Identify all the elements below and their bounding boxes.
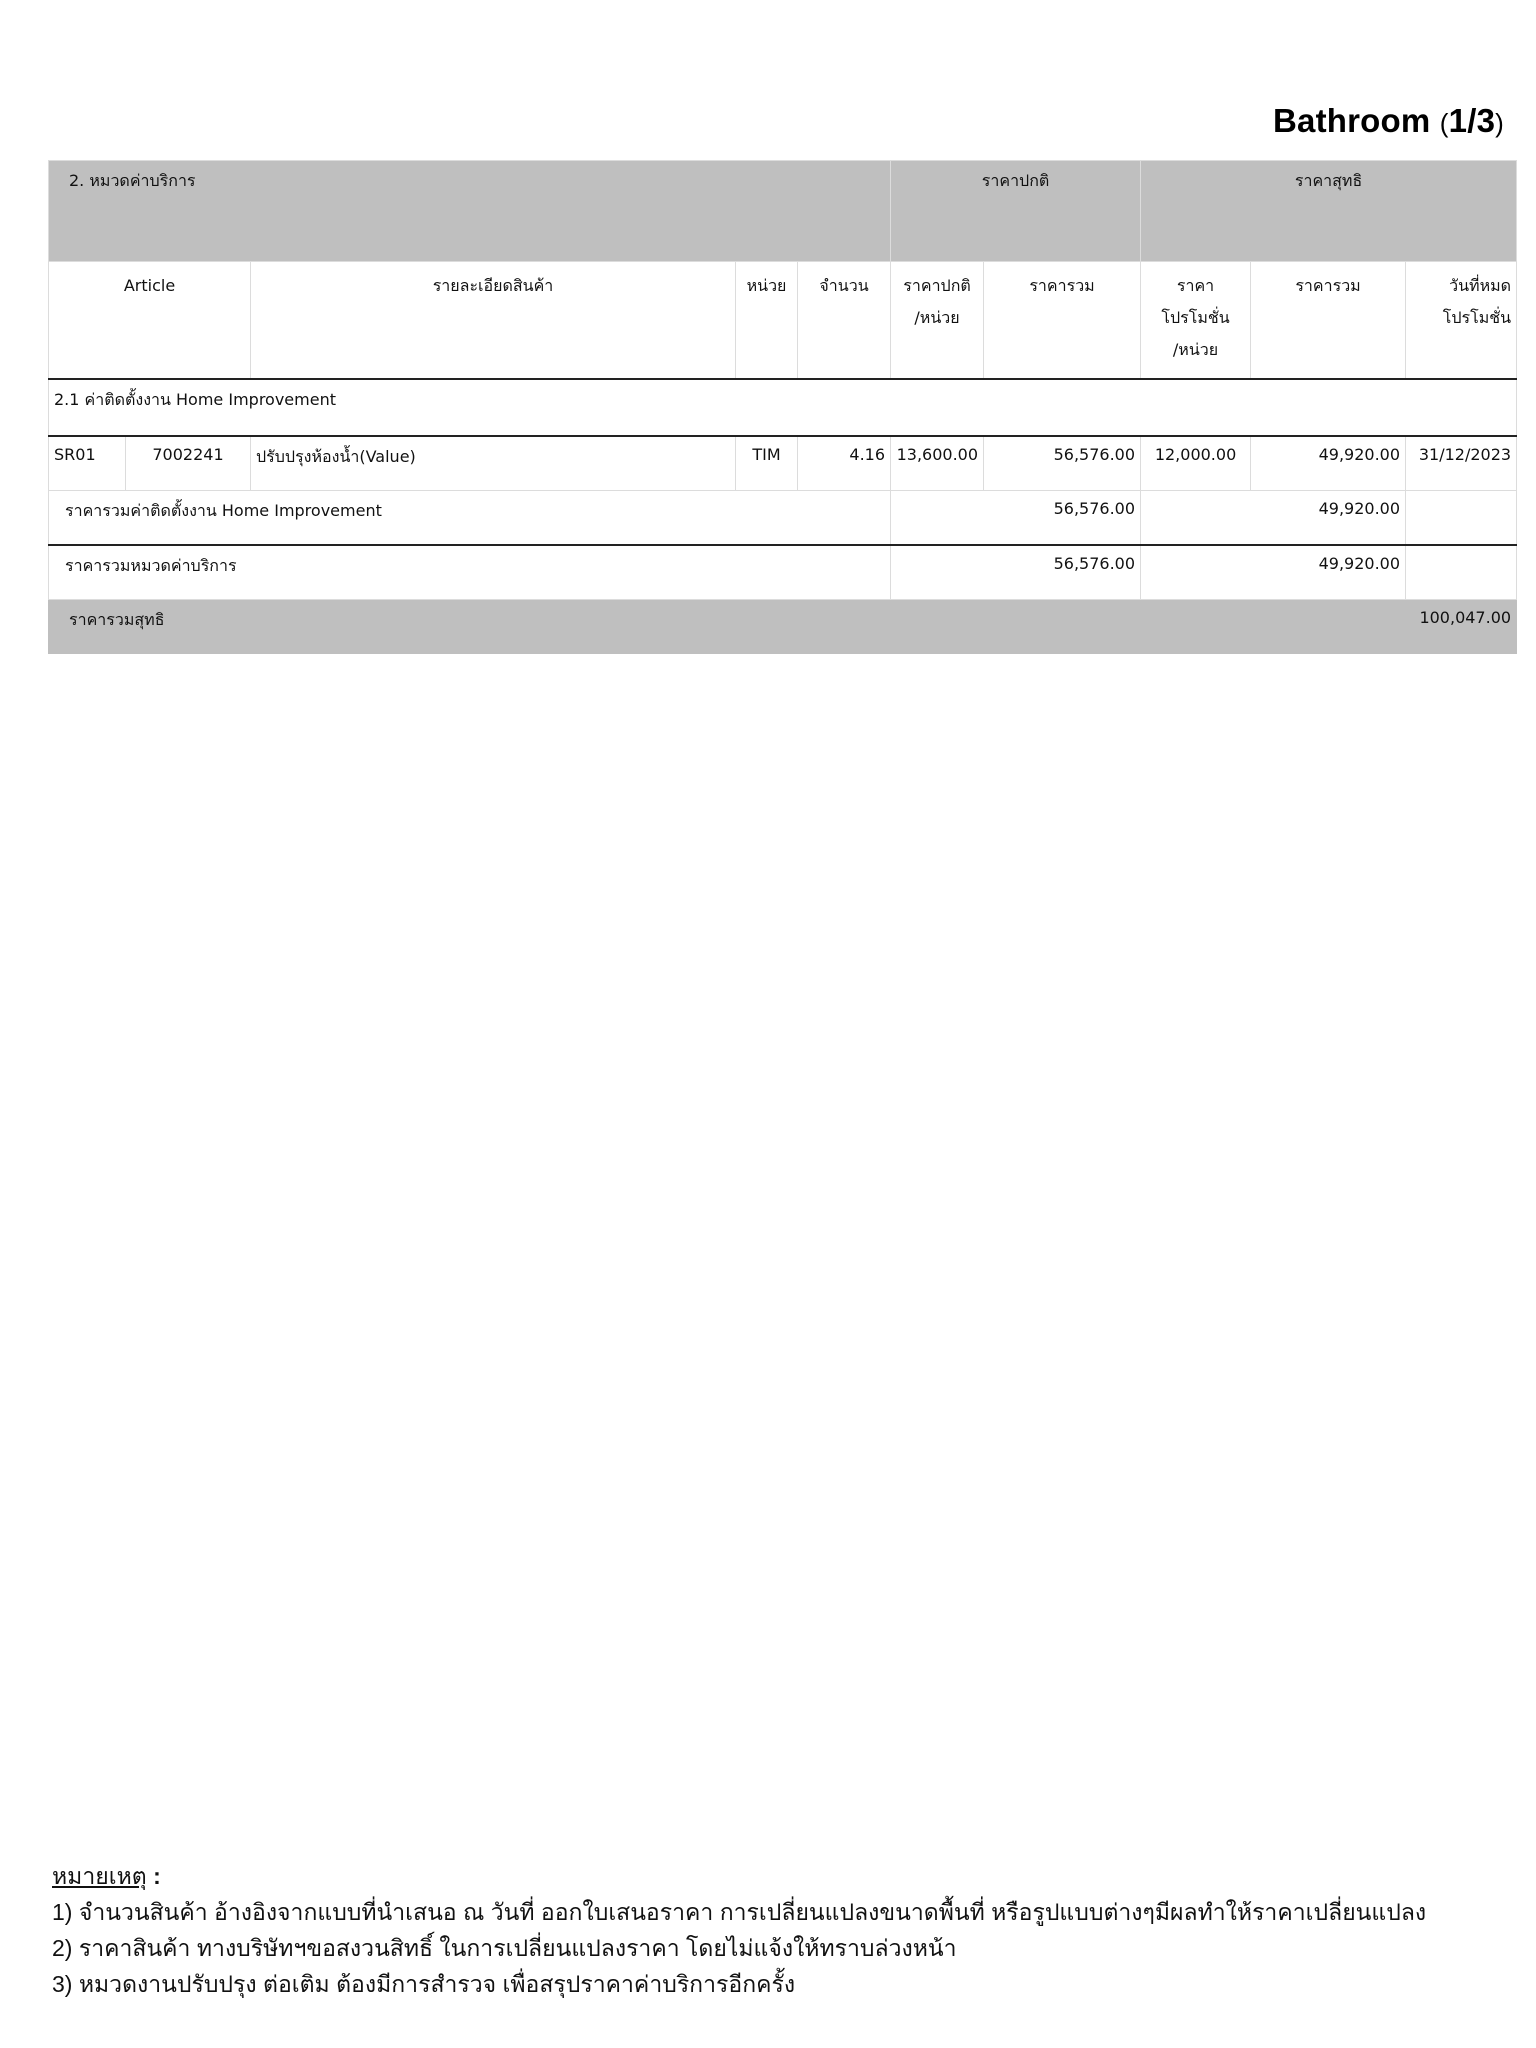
col-header-promo-unit-price: ราคา โปรโมชั่น /หน่วย (1141, 262, 1251, 380)
col-header-regular-unit-price: ราคาปกติ /หน่วย (891, 262, 984, 380)
category-total-promo: 49,920.00 (1141, 545, 1406, 600)
notes-colon: : (147, 1863, 161, 1889)
col-header-promo-unit-price-line1: ราคา (1146, 270, 1245, 302)
category-total-empty (1406, 545, 1517, 600)
note-item: 2) ราคาสินค้า ทางบริษัทฯขอสงวนสิทธิ์ ในก… (52, 1930, 1426, 1966)
col-header-regular-unit-price-line2: /หน่วย (896, 302, 978, 334)
col-header-promo-end-line2: โปรโมชั่น (1411, 302, 1511, 334)
col-header-promo-end-date: วันที่หมด โปรโมชั่น (1406, 262, 1517, 380)
group-header-regular-price: ราคาปกติ (891, 161, 1141, 262)
item-article: 7002241 (126, 436, 251, 491)
col-header-promo-end-line1: วันที่หมด (1411, 270, 1511, 302)
item-regular-unit-price: 13,600.00 (891, 436, 984, 491)
section-subtotal-row: ราคารวมค่าติดตั้งงาน Home Improvement 56… (49, 491, 1517, 546)
page-indicator-close: ) (1495, 108, 1504, 138)
section-subtotal-label: ราคารวมค่าติดตั้งงาน Home Improvement (49, 491, 891, 546)
item-unit: TIM (736, 436, 798, 491)
section-label-row: 2.1 ค่าติดตั้งงาน Home Improvement (49, 379, 1517, 436)
grand-total-label: ราคารวมสุทธิ (49, 600, 1141, 654)
note-item: 1) จำนวนสินค้า อ้างอิงจากแบบที่นำเสนอ ณ … (52, 1894, 1426, 1930)
notes-title: หมายเหตุ (52, 1863, 147, 1889)
col-header-quantity: จำนวน (798, 262, 891, 380)
category-total-row: ราคารวมหมวดค่าบริการ 56,576.00 49,920.00 (49, 545, 1517, 600)
col-header-promo-unit-price-line2: โปรโมชั่น (1146, 302, 1245, 334)
category-title: 2. หมวดค่าบริการ (49, 161, 891, 262)
grand-total-value: 100,047.00 (1141, 600, 1517, 654)
page-title: Bathroom (1/3) (1273, 102, 1504, 140)
item-description: ปรับปรุงห้องน้ำ(Value) (251, 436, 736, 491)
group-header-net-price: ราคาสุทธิ (1141, 161, 1517, 262)
section-label: 2.1 ค่าติดตั้งงาน Home Improvement (49, 379, 1517, 436)
section-subtotal-promo: 49,920.00 (1141, 491, 1406, 546)
page-indicator: 1/3 (1449, 102, 1495, 139)
category-total-regular: 56,576.00 (891, 545, 1141, 600)
category-header-row: 2. หมวดค่าบริการ ราคาปกติ ราคาสุทธิ (49, 161, 1517, 262)
notes-heading: หมายเหตุ : (52, 1858, 1426, 1894)
page-title-text: Bathroom (1273, 102, 1430, 139)
grand-total-row: ราคารวมสุทธิ 100,047.00 (49, 600, 1517, 654)
col-header-regular-unit-price-line1: ราคาปกติ (896, 270, 978, 302)
item-promo-end-date: 31/12/2023 (1406, 436, 1517, 491)
column-header-row: Article รายละเอียดสินค้า หน่วย จำนวน ราค… (49, 262, 1517, 380)
item-regular-total: 56,576.00 (984, 436, 1141, 491)
quotation-table: 2. หมวดค่าบริการ ราคาปกติ ราคาสุทธิ Arti… (48, 160, 1517, 654)
col-header-description: รายละเอียดสินค้า (251, 262, 736, 380)
page-indicator-open: ( (1440, 108, 1449, 138)
item-promo-unit-price: 12,000.00 (1141, 436, 1251, 491)
col-header-regular-total: ราคารวม (984, 262, 1141, 380)
col-header-article: Article (49, 262, 251, 380)
section-subtotal-empty (1406, 491, 1517, 546)
section-subtotal-regular: 56,576.00 (891, 491, 1141, 546)
table-row: SR01 7002241 ปรับปรุงห้องน้ำ(Value) TIM … (49, 436, 1517, 491)
col-header-unit: หน่วย (736, 262, 798, 380)
item-code: SR01 (49, 436, 126, 491)
item-promo-total: 49,920.00 (1251, 436, 1406, 491)
notes-section: หมายเหตุ : 1) จำนวนสินค้า อ้างอิงจากแบบท… (52, 1858, 1426, 2002)
item-quantity: 4.16 (798, 436, 891, 491)
note-item: 3) หมวดงานปรับปรุง ต่อเติม ต้องมีการสำรว… (52, 1966, 1426, 2002)
col-header-promo-unit-price-line3: /หน่วย (1146, 334, 1245, 366)
category-total-label: ราคารวมหมวดค่าบริการ (49, 545, 891, 600)
col-header-promo-total: ราคารวม (1251, 262, 1406, 380)
